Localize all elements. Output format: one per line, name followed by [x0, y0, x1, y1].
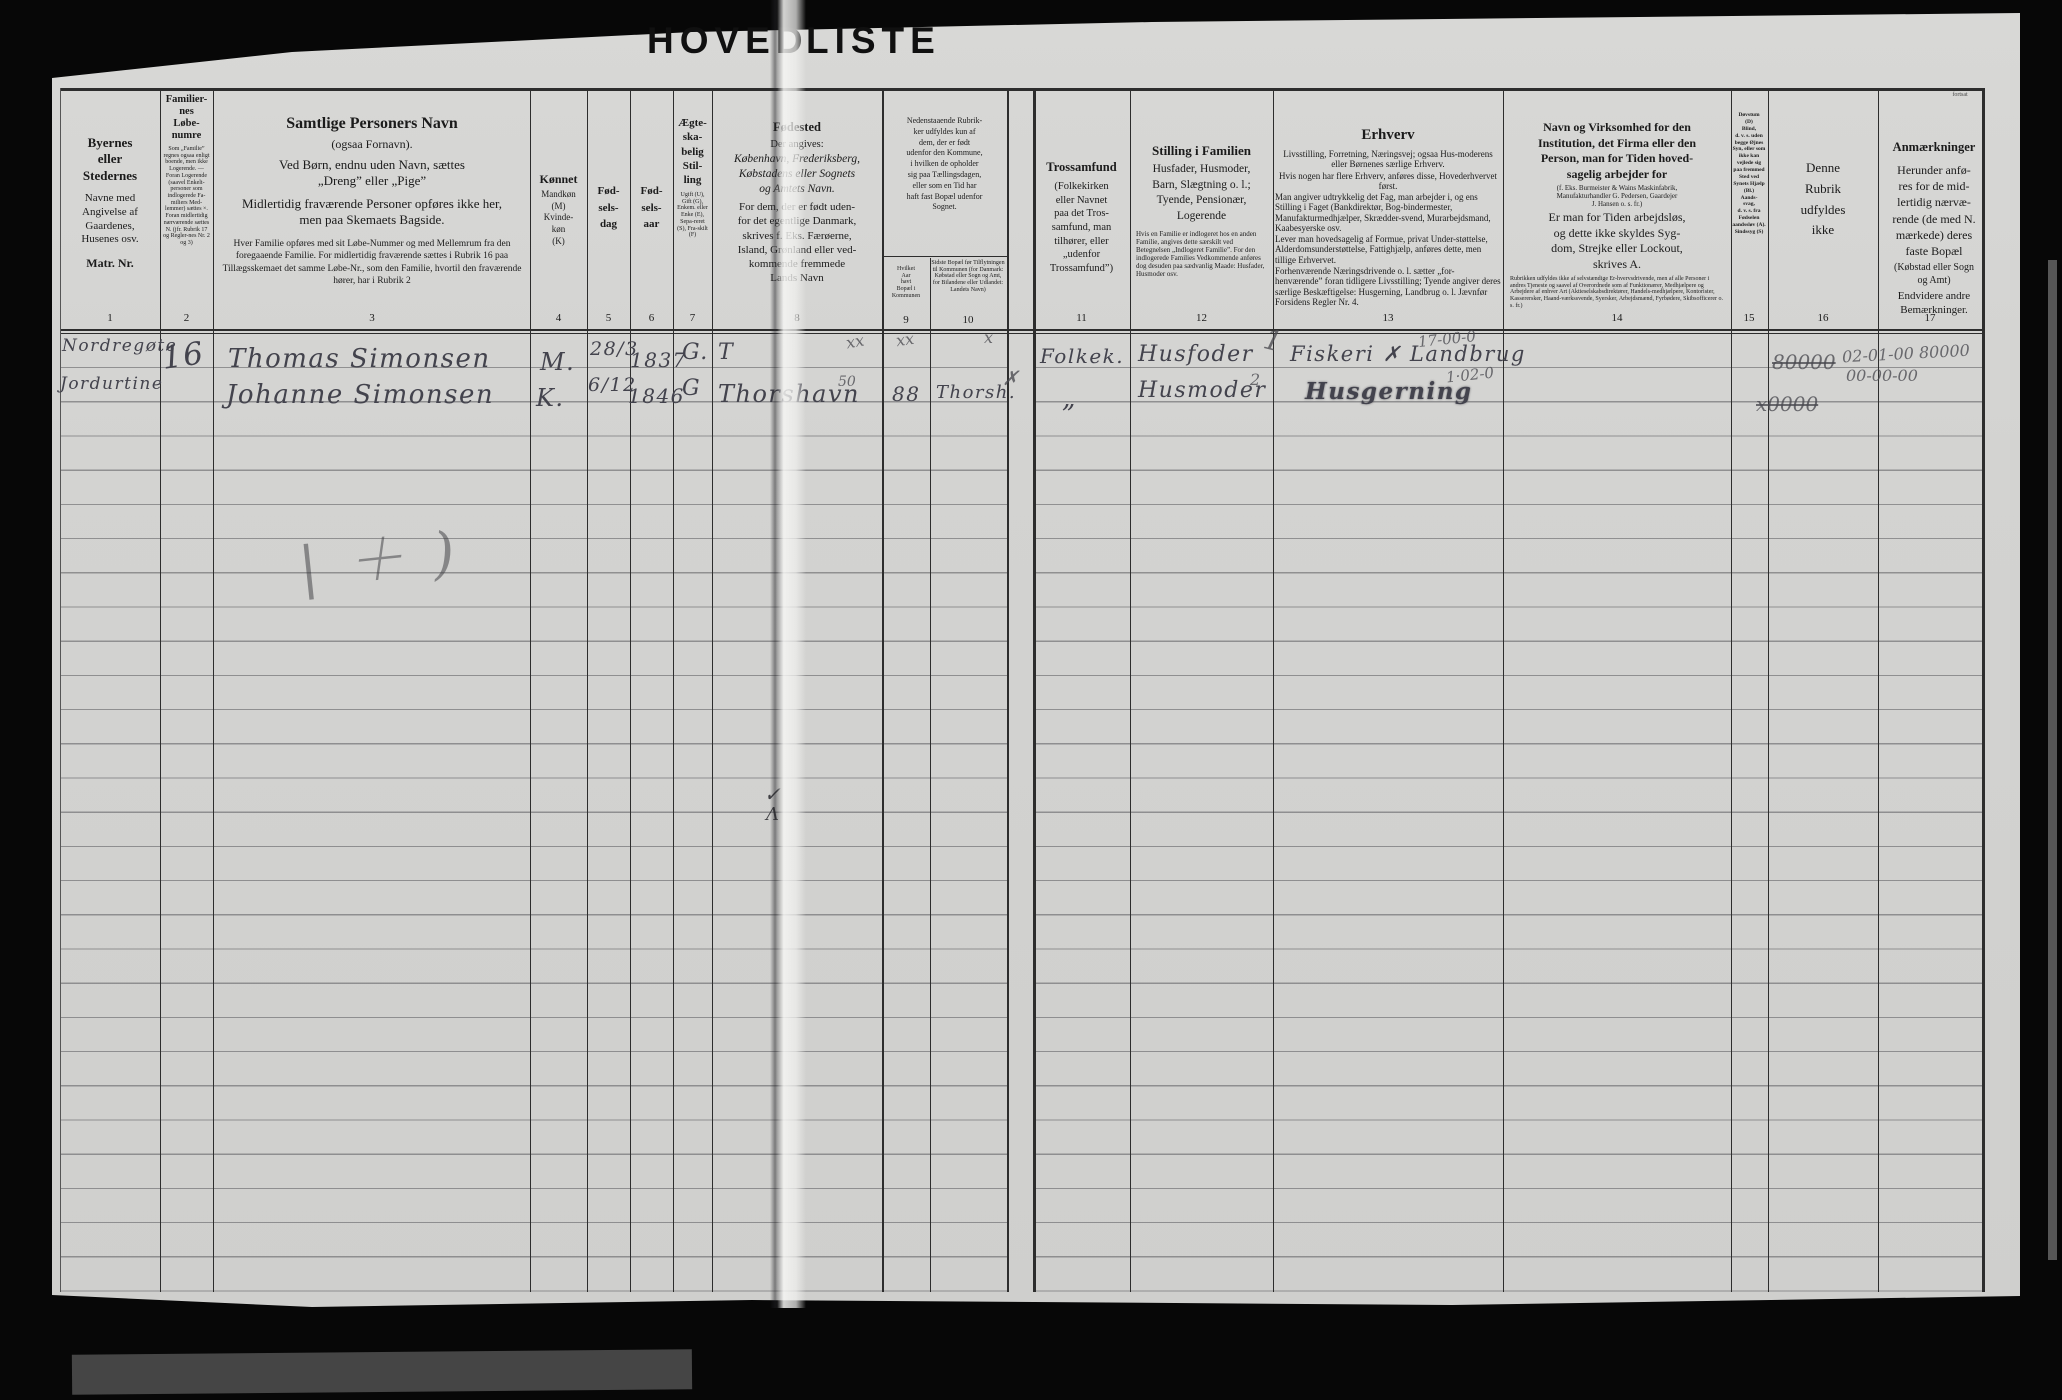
- page-title-right: LISTE: [806, 20, 941, 62]
- col4-header-title: Kønnet: [531, 172, 586, 187]
- sex-cell: M.: [540, 348, 575, 376]
- col5-header-title: Fød- sels- dag: [588, 183, 629, 233]
- book-cover-edge: [2048, 260, 2057, 1260]
- family-position-cell: Husmoder: [1138, 378, 1266, 403]
- pencil-remark: 00-00-00: [1846, 366, 1918, 385]
- col15-header: Døvstum (D) Blind, d. v. s. uden begge Ø…: [1732, 112, 1766, 236]
- group-divider-rule: [882, 256, 1007, 257]
- col-line: [1273, 88, 1274, 1292]
- sex-cell: K.: [536, 384, 565, 412]
- col2-header-title: Familier- nes Løbe- numre: [161, 94, 212, 142]
- pencil-mark: xx: [895, 329, 916, 350]
- col17-header-body: Herunder anfø- res for de mid- lertidig …: [1874, 162, 1994, 259]
- col2-header-smallprint: Som „Familie” regnes ogsaa enligt boende…: [162, 146, 211, 247]
- col7-header-smallprint: Ugift (U), Gift (G), Enkem. eller Enke (…: [676, 192, 709, 239]
- col3-header-smallprint: Hver Familie opføres med sit Løbe-Nummer…: [218, 238, 526, 287]
- col-line: [1503, 88, 1504, 1292]
- denomination-ditto-cell: „: [1062, 384, 1077, 414]
- col10-number: 10: [931, 314, 1005, 328]
- family-position-cell: Husfoder: [1138, 342, 1254, 367]
- marital-cell: G.: [682, 340, 709, 365]
- name-cell: Thomas Simonsen: [228, 344, 491, 374]
- col-line: [530, 88, 531, 1292]
- col13-number: 13: [1275, 312, 1501, 326]
- col5-number: 5: [588, 312, 629, 326]
- col13-header-p2: Hvis nogen har flere Erhverv, anføres di…: [1275, 171, 1501, 192]
- col11-header-body: (Folkekirken eller Navnet paa det Tros- …: [1035, 180, 1128, 275]
- col17-header-title: Anmærkninger: [1874, 140, 1994, 156]
- col-line: [160, 88, 161, 1292]
- col3-header-sub: (ogsaa Fornavn).: [216, 137, 528, 152]
- check-mark: ✓: [764, 782, 781, 806]
- col12-header-smallprint: Hvis en Familie er indlogeret hos en and…: [1136, 230, 1267, 278]
- pencil-figure: x0000: [1756, 392, 1818, 416]
- col15-number: 15: [1732, 312, 1766, 326]
- col8-header-sub: Der angives:: [714, 138, 880, 151]
- col1-header-footer: Matr. Nr.: [62, 256, 158, 271]
- pencil-mark: xx: [844, 331, 865, 353]
- name-cell: Johanne Simonsen: [226, 380, 494, 410]
- col4-header-body: Mandkøn (M) Kvinde- køn (K): [531, 189, 586, 247]
- col8-header-body: For dem, der er født uden- for det egent…: [714, 200, 880, 286]
- col11-header-title: Trossamfund: [1035, 160, 1128, 176]
- col6-header-title: Fød- sels- aar: [631, 183, 672, 233]
- col-line: [213, 88, 214, 1292]
- col13-header-p1: Livsstilling, Forretning, Næringsvej; og…: [1275, 149, 1501, 170]
- col16-number: 16: [1770, 312, 1876, 326]
- pencil-mark: x: [984, 328, 993, 347]
- body-top-rule-a: [60, 329, 1982, 331]
- pencil-tally-2: 2: [1250, 370, 1260, 389]
- birthplace-cell: T: [718, 340, 734, 365]
- year-moved-cell: 88: [892, 382, 920, 406]
- col17-number: 17: [1878, 312, 1982, 326]
- col-line: [1768, 88, 1769, 1292]
- col9-header: Hvilket Aar havt Bopæl i Kommunen: [884, 266, 928, 300]
- col-line: [630, 88, 631, 1292]
- col-line: [1731, 88, 1732, 1292]
- family-number-cell: 16: [160, 335, 207, 377]
- col13-header-p3: Man angiver udtrykkelig det Fag, man arb…: [1275, 192, 1501, 233]
- col11-number: 11: [1035, 312, 1128, 326]
- col7-number: 7: [674, 312, 711, 326]
- col2-number: 2: [161, 312, 212, 326]
- col14-header-title: Navn og Virksomhed for den Institution, …: [1505, 120, 1729, 182]
- body-top-rule-b: [60, 333, 1982, 334]
- col3-header-line2: Midlertidig fraværende Personer opføres …: [216, 196, 528, 229]
- col17-header-paren: (Købstad eller Sogn og Amt): [1874, 262, 1994, 287]
- col9-number: 9: [884, 314, 928, 328]
- birthyear-cell: 1846: [628, 384, 685, 408]
- col14-header-example: (f. Eks. Burmeister & Wains Maskinfabrik…: [1505, 184, 1729, 208]
- col1-header-title: Byernes eller Stedernes: [62, 135, 158, 184]
- col14-header-smallprint: Rubrikken udfyldes ikke af selvstændige …: [1510, 276, 1724, 310]
- col7-header-title: Ægte- ska- belig Stil- ling: [674, 116, 711, 187]
- pencil-note-50: 50: [838, 374, 856, 390]
- col3-header-title: Samtlige Personers Navn: [216, 114, 528, 134]
- col-line: [60, 88, 61, 1292]
- col13-header-p4: Lever man hovedsagelig af Formue, privat…: [1275, 234, 1501, 265]
- col1-number: 1: [62, 312, 158, 326]
- scanned-census-spread: HOVED LISTE fortsat Byernes eller Steder…: [0, 0, 2062, 1400]
- col8-header-title: Fødested: [714, 120, 880, 136]
- pencil-cross: ✗: [1002, 366, 1019, 390]
- col-line: [930, 258, 931, 1292]
- col14-number: 14: [1505, 312, 1729, 326]
- col10-header: Sidste Bopæl før Tilflytningen til Kommu…: [931, 260, 1005, 294]
- birthyear-cell: 1837: [630, 348, 687, 372]
- pencil-squiggle: | ＋ ): [294, 508, 464, 605]
- marital-cell: G: [682, 376, 701, 401]
- pencil-figure: 80000: [1772, 350, 1836, 374]
- ruled-rows-left-page: [60, 334, 1007, 1292]
- col12-header-title: Stilling i Familien: [1132, 143, 1271, 159]
- corner-note: fortsat: [1930, 92, 1990, 99]
- col-line: [712, 88, 713, 1292]
- ruled-rows-right-page: [1033, 334, 1982, 1292]
- col4-number: 4: [531, 312, 586, 326]
- col-line: [673, 88, 674, 1292]
- col12-header-body: Husfader, Husmoder, Barn, Slægtning o. l…: [1132, 162, 1271, 224]
- col-line: [1130, 88, 1131, 1292]
- col6-number: 6: [631, 312, 672, 326]
- page-title-left: HOVED: [647, 20, 809, 62]
- place-cell: Jordurtine: [60, 374, 163, 394]
- denomination-cell: Folkek.: [1040, 344, 1124, 368]
- header-top-rule: [60, 88, 1982, 91]
- caret-mark: Λ: [766, 804, 779, 825]
- col8-header-italic: København, Frederiksberg, Købstadens ell…: [714, 152, 880, 197]
- col13-header-p5: Forhenværende Næringsdrivende o. l. sætt…: [1275, 266, 1501, 307]
- col8-number: 8: [714, 312, 880, 326]
- col16-header: Denne Rubrik udfyldes ikke: [1770, 158, 1876, 241]
- occupation-cell: Fiskeri ✗ Landbrug: [1290, 342, 1526, 366]
- col12-number: 12: [1132, 312, 1271, 326]
- col9-10-group-header: Nedenstaaende Rubrik- ker udfyldes kun a…: [884, 116, 1005, 213]
- left-table-end-line: [1007, 88, 1009, 1292]
- col3-header-line1: Ved Børn, endnu uden Navn, sættes „Dreng…: [216, 157, 528, 190]
- under-page-edge: [72, 1349, 692, 1394]
- col14-header-body: Er man for Tiden arbejdsløs, og dette ik…: [1505, 210, 1729, 272]
- col1-header-body: Navne med Angivelse af Gaardenes, Husene…: [62, 192, 158, 247]
- col-line: [587, 88, 588, 1292]
- col13-header-title: Erhverv: [1275, 126, 1501, 145]
- col3-number: 3: [216, 312, 528, 326]
